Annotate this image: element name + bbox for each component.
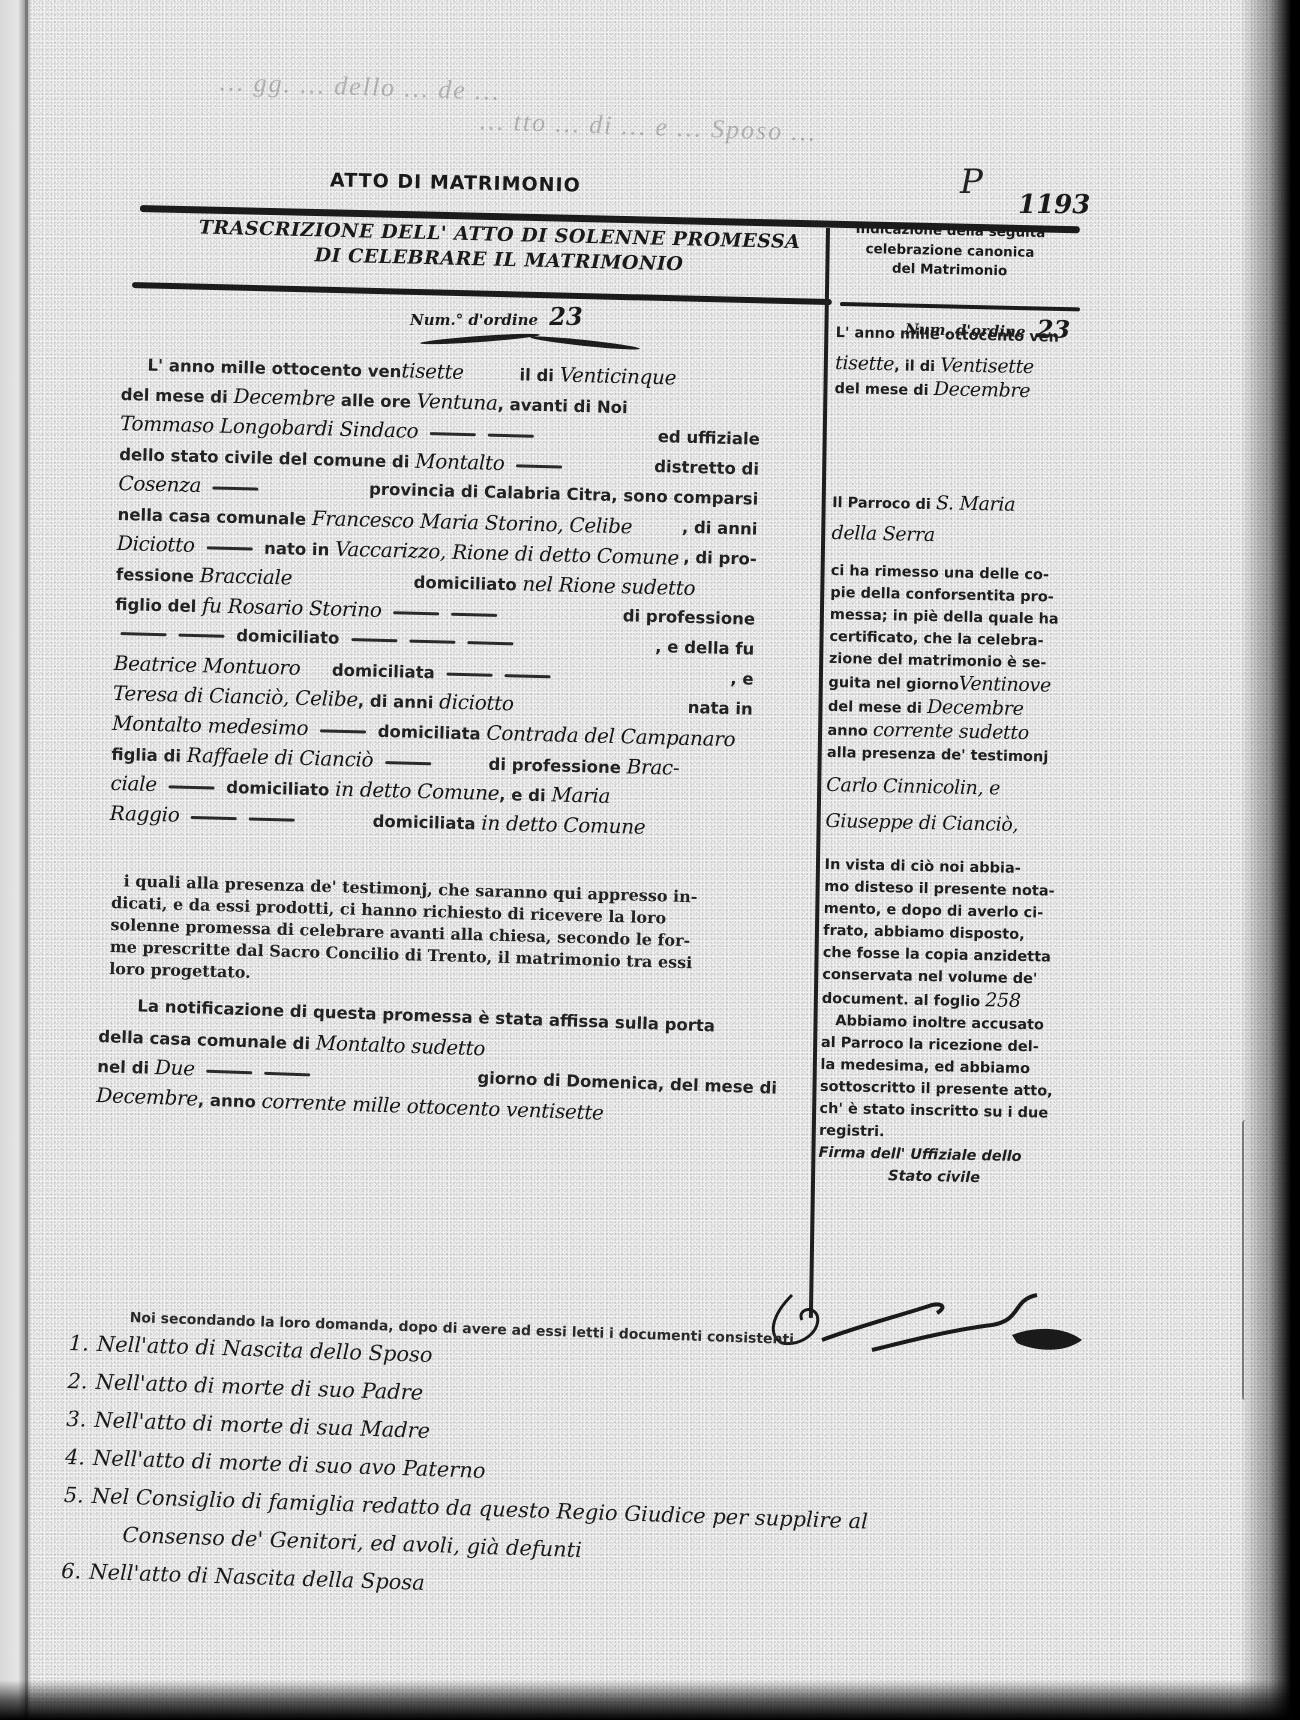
printed-text: , e di [499, 785, 546, 805]
printed-text: del mese di [121, 385, 228, 407]
printed-text: domiciliato [226, 778, 330, 800]
item-number: 6. [61, 1552, 90, 1591]
printed-text: , e [730, 664, 754, 695]
printed-text: , e della fu [655, 632, 755, 665]
printed-text: figlia di [111, 745, 181, 766]
side-line: Stato civile [818, 1164, 1068, 1191]
printed-text: del mese di [834, 381, 928, 399]
handwritten-witness-2: Giuseppe di Cianciò, [825, 810, 1018, 836]
printed-text: il di [519, 365, 554, 385]
handwritten-bride-domicile: Contrada del Campanaro [486, 721, 735, 752]
item-number: 3. [66, 1400, 95, 1439]
side-heading-underline-rule [840, 302, 1080, 311]
printed-text: alle ore [341, 391, 412, 412]
handwritten-month: Decembre [933, 378, 1030, 402]
printed-text: nata in [687, 693, 753, 725]
handwritten-day: Ventisette [940, 354, 1034, 378]
printed-text: fessione [116, 565, 194, 586]
handwritten-month: Decembre [233, 384, 335, 411]
signature-text: T. Longobardi [1000, 1300, 1007, 1301]
printed-text: nella casa comunale [117, 505, 306, 529]
side-line: Il Parroco di S. Maria [832, 490, 1082, 519]
printed-text: nato in [264, 539, 330, 560]
publication-notice: La notificazione di questa promessa è st… [96, 990, 780, 1134]
printed-text: figlio del [115, 595, 197, 616]
printed-text: di professione [488, 755, 621, 777]
printed-text: , di pro- [683, 543, 757, 575]
flourish [530, 334, 640, 351]
handwritten-officer-name: Tommaso Longobardi Sindaco [120, 411, 419, 443]
handwritten-bride-birthplace: Montalto medesimo [112, 711, 309, 740]
item-number: 2. [67, 1362, 96, 1401]
handwritten-domicile: in detto Comune [481, 811, 646, 839]
printed-text: , di anni [358, 691, 434, 712]
handwritten-month: Decembre [96, 1083, 198, 1111]
printed-text: ed uffiziale [657, 422, 760, 455]
handwritten-bride-father: Raffaele di Cianciò [187, 743, 374, 772]
side-line: L' anno mille ottocento ven [836, 322, 1086, 349]
bottom-scan-shadow [0, 1680, 1300, 1720]
printed-paragraph: i quali alla presenza de' testimonj, che… [109, 870, 772, 998]
side-line: alla presenza de' testimonj [827, 742, 1077, 769]
bleed-through-text-2: … tto … di … e … Sposo … [480, 106, 818, 148]
handwritten-parish: S. Maria [936, 492, 1016, 516]
handwritten-father-name: fu Rosario Storino [202, 593, 382, 622]
printed-text: domiciliata [378, 722, 481, 744]
handwritten-bride-age: diciotto [439, 689, 514, 715]
item-text: Nell'atto di morte di suo Padre [95, 1370, 423, 1405]
printed-text: del mese di [828, 699, 922, 717]
folio-mark: P [960, 162, 983, 202]
handwritten-commune: Montalto sudetto [315, 1031, 485, 1061]
handwritten-bride-name: Teresa di Cianciò, Celibe [113, 681, 359, 711]
celebration-side-column: L' anno mille ottocento ven tisette, il … [818, 322, 1086, 1191]
printed-text: di professione [622, 601, 755, 634]
item-number: 4. [64, 1438, 93, 1477]
printed-text: guita nel giorno [828, 675, 959, 694]
handwritten-month: Decembre [927, 696, 1024, 720]
item-number: 1. [68, 1324, 97, 1363]
handwritten-parish-cont: della Serra [831, 522, 935, 546]
printed-text: distretto di [654, 452, 760, 485]
handwritten-day: Due [154, 1055, 195, 1080]
printed-text: domiciliata [372, 812, 475, 834]
binding-edge [25, 0, 28, 1720]
right-scan-shadow [1240, 0, 1300, 1720]
flourish [420, 332, 540, 346]
handwritten-groom-age: Diciotto [117, 531, 195, 557]
handwritten-domicile: in detto Comune [335, 777, 500, 805]
item-text: Nell'atto di morte di sua Madre [94, 1408, 431, 1443]
handwritten-bride-mother-surname: Raggio [110, 801, 180, 827]
printed-text: domiciliato [413, 573, 517, 595]
printed-text: , avanti di Noi [497, 395, 628, 417]
marriage-promise-body: L' anno mille ottocento ventisette il di… [109, 348, 761, 845]
handwritten-day: Ventinove [959, 673, 1052, 697]
printed-text: domiciliata [332, 661, 435, 683]
printed-text: della casa comunale di [98, 1027, 310, 1053]
handwritten-hour: Ventuna [416, 389, 498, 415]
printed-text: , di anni [682, 513, 758, 545]
printed-text: domiciliato [236, 626, 340, 648]
handwritten-year: corrente sudetto [873, 719, 1029, 744]
item-text: Nell'atto di Nascita dello Sposo [96, 1332, 432, 1367]
handwritten-text: tisette [835, 352, 895, 375]
record-number-value: 23 [549, 302, 582, 331]
printed-text: , anno [198, 1090, 257, 1111]
handwritten-day: Venticinque [559, 362, 676, 389]
printed-text: nel di [97, 1057, 149, 1078]
printed-text: document. al foglio [822, 991, 981, 1010]
handwritten-profession-cont: ciale [110, 771, 157, 796]
documents-list-section: Noi secondando la loro domanda, dopo di … [61, 1308, 1110, 1624]
side-column-heading: Indicazione della seguita celebrazione c… [839, 220, 1060, 284]
item-number: 5. [63, 1476, 92, 1515]
record-number-label: Num.° d'ordine [410, 311, 538, 329]
handwritten-commune: Montalto [415, 449, 505, 475]
printed-text: Il Parroco di [832, 495, 931, 513]
handwritten-domicile: nel Rione sudetto [522, 572, 695, 601]
item-text: Nell'atto di morte di suo avo Paterno [93, 1446, 486, 1483]
handwritten-bride-mother: Maria [551, 782, 610, 808]
handwritten-profession: Bracciale [199, 563, 292, 589]
handwritten-folio: 258 [985, 989, 1021, 1012]
handwritten-mother-name: Beatrice Montuoro [113, 651, 300, 680]
handwritten-district: Cosenza [118, 471, 201, 497]
side-line: Carlo Cinnicolin, e [826, 774, 1076, 803]
scanned-page: … gg. … dello … de … … tto … di … e … Sp… [0, 0, 1300, 1720]
handwritten-profession: Brac- [626, 754, 679, 779]
handwritten-text: tisette [401, 358, 464, 384]
record-number: Num.° d'ordine 23 [410, 302, 583, 331]
side-line: della Serra [831, 522, 1081, 551]
handwritten-witness-1: Carlo Cinnicolin, e [826, 774, 1000, 800]
printed-text: L' anno mille ottocento ven [121, 355, 401, 381]
record-type-title: ATTO DI MATRIMONIO [330, 169, 581, 196]
printed-text: dello stato civile del comune di [119, 445, 410, 472]
folio-number: 1193 [1018, 190, 1090, 220]
item-text: Nell'atto di Nascita della Sposa [89, 1560, 425, 1595]
bleed-through-text-1: … gg. … dello … de … [220, 67, 501, 107]
side-line: Giuseppe di Cianciò, [825, 810, 1075, 839]
printed-text: , il di [894, 358, 935, 375]
printed-text: anno [827, 723, 868, 740]
